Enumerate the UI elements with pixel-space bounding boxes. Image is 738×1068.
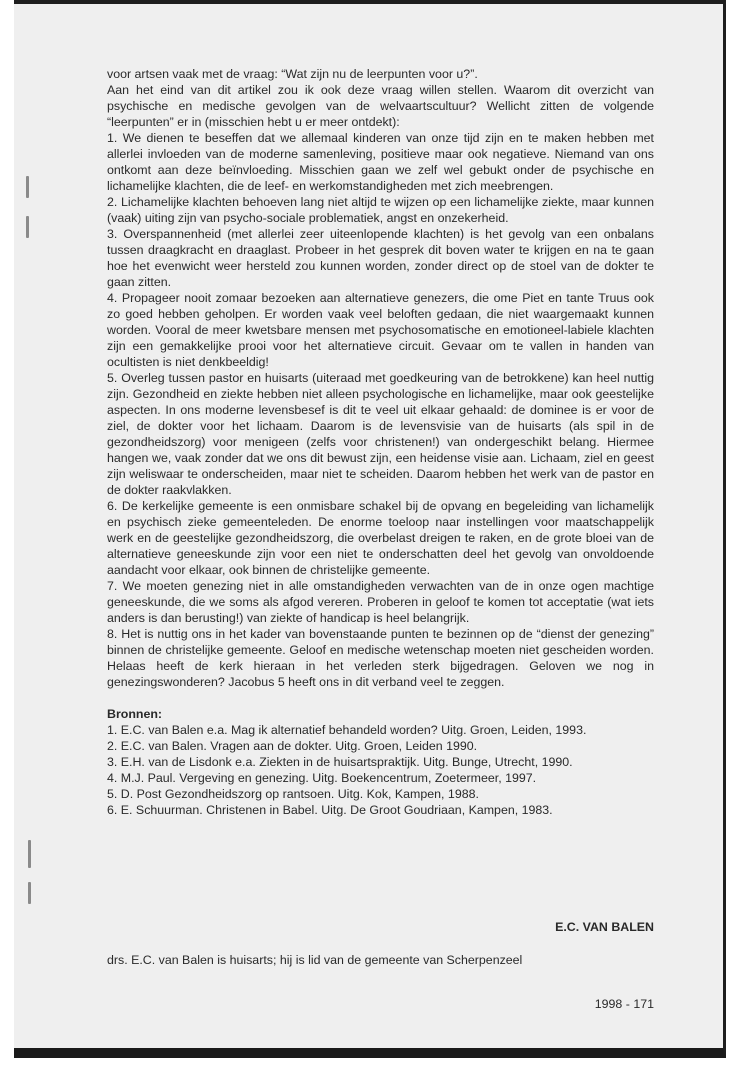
point-paragraph: 4. Propageer nooit zomaar bezoeken aan a… — [107, 290, 654, 370]
binding-hole-mark — [28, 840, 31, 868]
intro-paragraph: Aan het eind van dit artikel zou ik ook … — [107, 82, 654, 130]
binding-hole-mark — [26, 176, 29, 198]
source-item: 2. E.C. van Balen. Vragen aan de dokter.… — [107, 738, 654, 754]
source-item: 6. E. Schuurman. Christenen in Babel. Ui… — [107, 802, 654, 818]
article-body: voor artsen vaak met de vraag: “Wat zijn… — [107, 66, 654, 818]
point-paragraph: 3. Overspannenheid (met allerlei zeer ui… — [107, 226, 654, 290]
sources-heading: Bronnen: — [107, 706, 654, 722]
author-bio: drs. E.C. van Balen is huisarts; hij is … — [107, 953, 667, 967]
binding-hole-mark — [26, 216, 29, 238]
source-item: 5. D. Post Gezondheidszorg op rantsoen. … — [107, 786, 654, 802]
author-signature: E.C. VAN BALEN — [107, 920, 654, 934]
intro-paragraph: voor artsen vaak met de vraag: “Wat zijn… — [107, 66, 654, 82]
point-paragraph: 5. Overleg tussen pastor en huisarts (ui… — [107, 370, 654, 498]
point-paragraph: 8. Het is nuttig ons in het kader van bo… — [107, 626, 654, 690]
point-paragraph: 1. We dienen te beseffen dat we allemaal… — [107, 130, 654, 194]
point-paragraph: 7. We moeten genezing niet in alle omsta… — [107, 578, 654, 626]
source-item: 3. E.H. van de Lisdonk e.a. Ziekten in d… — [107, 754, 654, 770]
point-paragraph: 6. De kerkelijke gemeente is een onmisba… — [107, 498, 654, 578]
sources-section: Bronnen: 1. E.C. van Balen e.a. Mag ik a… — [107, 706, 654, 818]
source-item: 1. E.C. van Balen e.a. Mag ik alternatie… — [107, 722, 654, 738]
binding-hole-mark — [28, 882, 31, 904]
spacer — [107, 690, 654, 706]
page-number: 1998 - 171 — [107, 997, 654, 1011]
source-item: 4. M.J. Paul. Vergeving en genezing. Uit… — [107, 770, 654, 786]
point-paragraph: 2. Lichamelijke klachten behoeven lang n… — [107, 194, 654, 226]
